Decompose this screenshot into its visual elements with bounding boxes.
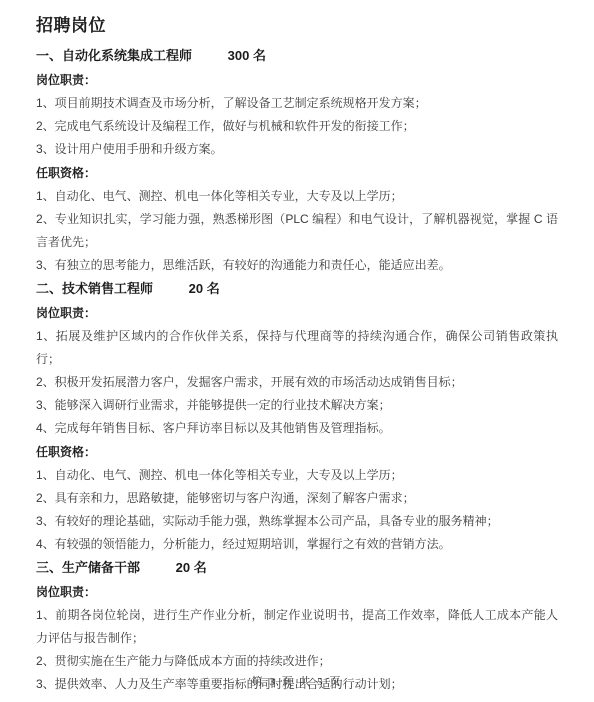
block-label-responsibilities: 岗位职责： [36, 580, 558, 604]
list-item: 1、前期各岗位轮岗，进行生产作业分析，制定作业说明书，提高工作效率，降低人工成本… [36, 604, 558, 650]
block-label-qualifications: 任职资格： [36, 440, 558, 464]
list-item: 3、设计用户使用手册和升级方案。 [36, 138, 558, 161]
list-item: 1、自动化、电气、测控、机电一体化等相关专业，大专及以上学历； [36, 185, 558, 208]
job-headcount: 300 名 [228, 48, 266, 63]
list-item: 2、积极开发拓展潜力客户，发掘客户需求，开展有效的市场活动达成销售目标； [36, 371, 558, 394]
job-heading: 三、生产储备干部 20 名 [36, 556, 558, 580]
list-item: 1、自动化、电气、测控、机电一体化等相关专业，大专及以上学历； [36, 464, 558, 487]
job-title: 一、自动化系统集成工程师 [36, 48, 192, 63]
job-title: 二、技术销售工程师 [36, 281, 153, 296]
list-item: 2、具有亲和力，思路敏捷，能够密切与客户沟通，深刻了解客户需求； [36, 487, 558, 510]
job-headcount: 20 名 [189, 281, 220, 296]
job-section-automation-engineer: 一、自动化系统集成工程师 300 名 岗位职责： 1、项目前期技术调查及市场分析… [36, 44, 558, 277]
list-item: 4、完成每年销售目标、客户拜访率目标以及其他销售及管理指标。 [36, 417, 558, 440]
list-item: 2、完成电气系统设计及编程工作，做好与机械和软件开发的衔接工作； [36, 115, 558, 138]
job-headcount: 20 名 [176, 560, 207, 575]
list-item: 3、能够深入调研行业需求，并能够提供一定的行业技术解决方案； [36, 394, 558, 417]
list-item: 2、专业知识扎实，学习能力强，熟悉梯形图（PLC 编程）和电气设计，了解机器视觉… [36, 208, 558, 254]
list-item: 3、有较好的理论基础，实际动手能力强，熟练掌握本公司产品，具备专业的服务精神； [36, 510, 558, 533]
page-number: 第 3 页 共 5 页 [0, 673, 594, 689]
job-heading: 二、技术销售工程师 20 名 [36, 277, 558, 301]
list-item: 3、有独立的思考能力，思维活跃，有较好的沟通能力和责任心，能适应出差。 [36, 254, 558, 277]
block-label-responsibilities: 岗位职责： [36, 68, 558, 92]
job-section-sales-engineer: 二、技术销售工程师 20 名 岗位职责： 1、拓展及维护区域内的合作伙伴关系，保… [36, 277, 558, 556]
job-title: 三、生产储备干部 [36, 560, 140, 575]
block-label-qualifications: 任职资格： [36, 161, 558, 185]
document-page: 招聘岗位 一、自动化系统集成工程师 300 名 岗位职责： 1、项目前期技术调查… [0, 0, 594, 702]
list-item: 1、拓展及维护区域内的合作伙伴关系，保持与代理商等的持续沟通合作，确保公司销售政… [36, 325, 558, 371]
list-item: 1、项目前期技术调查及市场分析，了解设备工艺制定系统规格开发方案； [36, 92, 558, 115]
job-heading: 一、自动化系统集成工程师 300 名 [36, 44, 558, 68]
list-item: 4、有较强的领悟能力，分析能力，经过短期培训，掌握行之有效的营销方法。 [36, 533, 558, 556]
block-label-responsibilities: 岗位职责： [36, 301, 558, 325]
page-title: 招聘岗位 [36, 13, 558, 39]
list-item: 2、贯彻实施在生产能力与降低成本方面的持续改进作； [36, 650, 558, 673]
